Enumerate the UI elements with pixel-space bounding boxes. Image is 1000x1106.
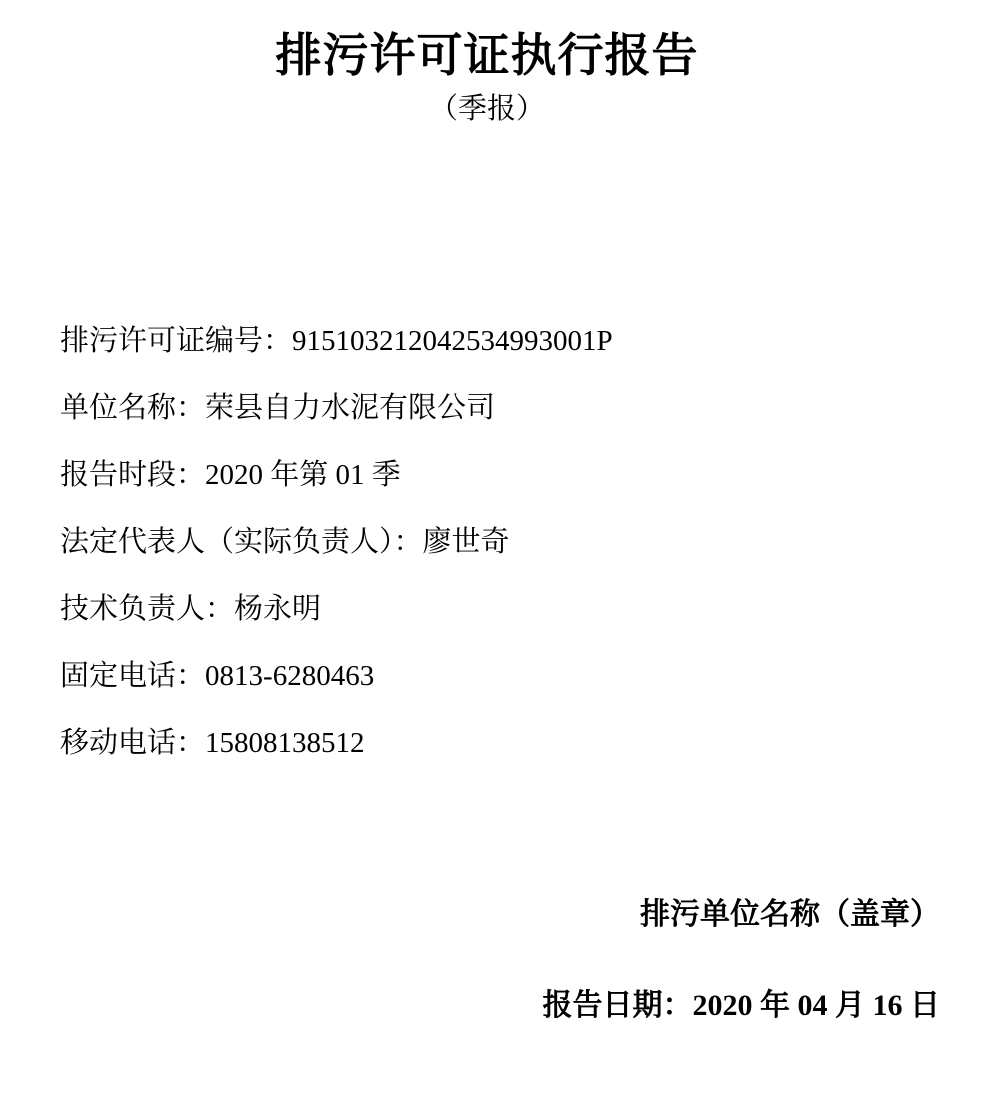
field-technical-manager-label: 技术负责人	[60, 593, 205, 625]
document-header: 排污许可证执行报告 （季报）	[0, 0, 1000, 124]
field-separator: ：	[176, 392, 205, 424]
field-separator: ：	[394, 526, 423, 558]
field-mobile-phone-label: 移动电话	[60, 727, 176, 759]
field-mobile-phone: 移动电话：15808138512	[60, 710, 1000, 777]
info-fields: 排污许可证编号：915103212042534993001P 单位名称：荣县自力…	[0, 308, 1000, 777]
field-company-name: 单位名称：荣县自力水泥有限公司	[60, 375, 1000, 442]
field-permit-number-label: 排污许可证编号	[60, 325, 263, 357]
field-separator: ：	[663, 989, 693, 1022]
field-legal-representative: 法定代表人（实际负责人）：廖世奇	[60, 509, 1000, 576]
field-separator: ：	[263, 325, 292, 357]
field-separator: ：	[176, 660, 205, 692]
field-report-period-value: 2020 年第 01 季	[205, 459, 401, 491]
field-separator: ：	[176, 459, 205, 491]
field-mobile-phone-value: 15808138512	[205, 727, 365, 759]
field-permit-number-value: 915103212042534993001P	[292, 325, 613, 357]
field-legal-representative-value: 廖世奇	[423, 526, 510, 558]
field-landline-phone-value: 0813-6280463	[205, 660, 374, 692]
field-report-period-label: 报告时段	[60, 459, 176, 491]
report-date-value: 2020 年 04 月 16 日	[693, 989, 941, 1022]
field-company-name-label: 单位名称	[60, 392, 176, 424]
company-stamp-line: 排污单位名称（盖章）	[543, 898, 941, 932]
field-legal-representative-label: 法定代表人（实际负责人）	[60, 526, 394, 558]
report-date-label: 报告日期	[543, 989, 663, 1022]
field-technical-manager-value: 杨永明	[234, 593, 321, 625]
field-landline-phone: 固定电话：0813-6280463	[60, 643, 1000, 710]
report-document-page: 排污许可证执行报告 （季报） 排污许可证编号：91510321204253499…	[0, 0, 1000, 1106]
field-landline-phone-label: 固定电话	[60, 660, 176, 692]
document-footer: 排污单位名称（盖章） 报告日期：2020 年 04 月 16 日	[543, 898, 941, 1023]
field-technical-manager: 技术负责人：杨永明	[60, 576, 1000, 643]
field-report-period: 报告时段：2020 年第 01 季	[60, 442, 1000, 509]
document-title: 排污许可证执行报告	[0, 0, 974, 83]
report-date-line: 报告日期：2020 年 04 月 16 日	[543, 989, 941, 1023]
field-permit-number: 排污许可证编号：915103212042534993001P	[60, 308, 1000, 375]
field-company-name-value: 荣县自力水泥有限公司	[205, 392, 495, 424]
field-separator: ：	[176, 727, 205, 759]
document-subtitle: （季报）	[0, 95, 974, 124]
field-separator: ：	[205, 593, 234, 625]
